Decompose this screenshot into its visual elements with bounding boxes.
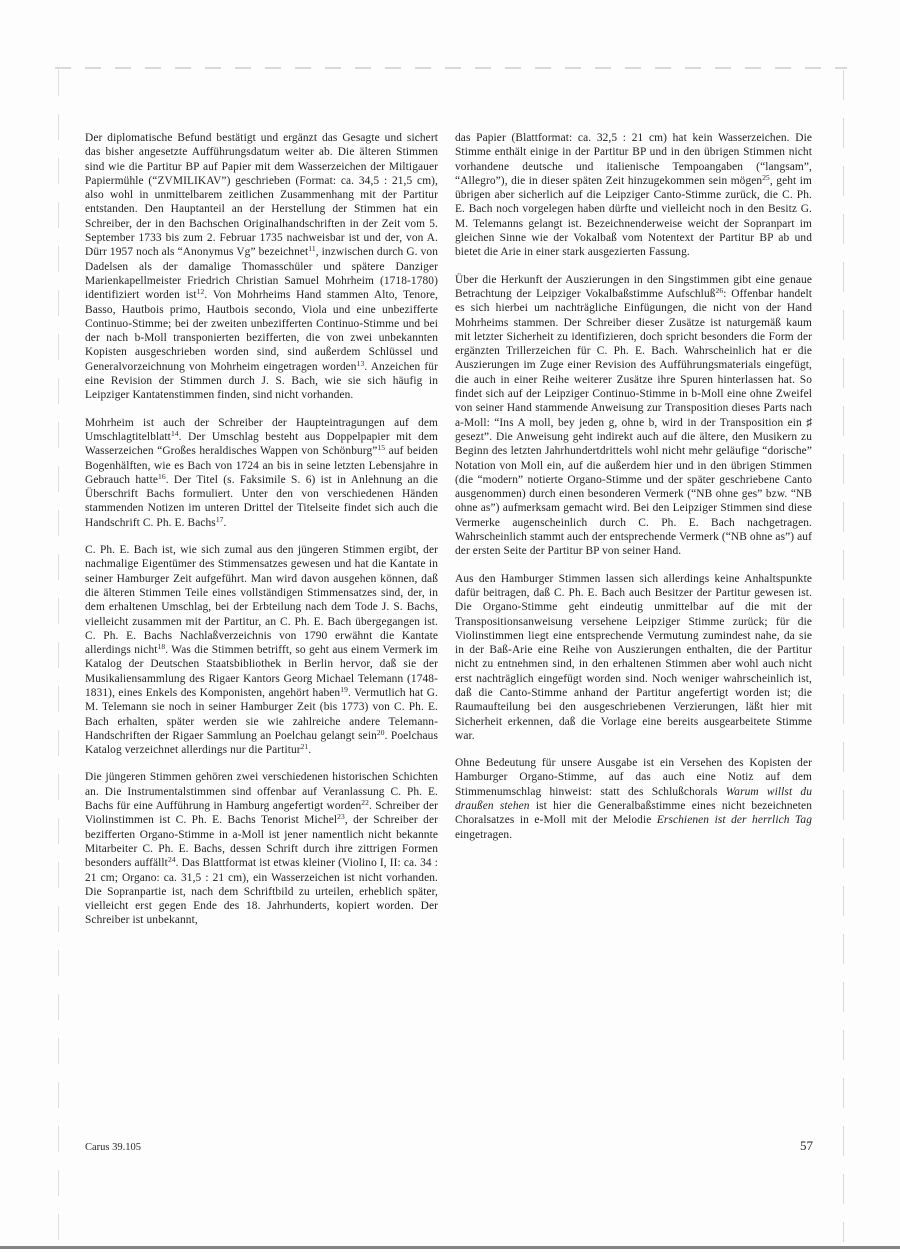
scanned-document-page: Der diplomatische Befund bestätigt und e…	[0, 0, 900, 1252]
footnote-reference: 25	[762, 173, 770, 182]
footnote-reference: 14	[171, 429, 179, 438]
paragraph: Über die Herkunft der Auszierungen in de…	[455, 273, 812, 559]
scan-edge-top-line	[55, 67, 847, 69]
scan-edge-left-line	[58, 70, 59, 1242]
text-run: Erschienen ist der herrlich Tag	[657, 814, 812, 826]
scan-edge-right-line	[843, 70, 844, 1242]
scan-edge-bottom-line	[0, 1246, 900, 1249]
footnote-reference: 17	[216, 515, 224, 524]
paragraph: Aus den Hamburger Stimmen lassen sich al…	[455, 572, 812, 744]
paragraph: Der diplomatische Befund bestätigt und e…	[85, 131, 438, 403]
footnote-reference: 20	[377, 728, 385, 737]
paragraph: Mohrheim ist auch der Schreiber der Haup…	[85, 416, 438, 530]
footnote-reference: 16	[158, 472, 166, 481]
text-run: das Papier (Blattformat: ca. 32,5 : 21 c…	[455, 132, 812, 187]
paragraph: das Papier (Blattformat: ca. 32,5 : 21 c…	[455, 131, 812, 260]
footnote-reference: 11	[308, 244, 315, 253]
page-number: 57	[770, 1138, 813, 1154]
footnote-reference: 15	[377, 443, 385, 452]
footnote-reference: 19	[340, 685, 348, 694]
text-run: .	[308, 744, 311, 756]
text-run: Aus den Hamburger Stimmen lassen sich al…	[455, 573, 812, 742]
text-run: eingetragen.	[455, 829, 512, 841]
text-column-right: das Papier (Blattformat: ca. 32,5 : 21 c…	[455, 131, 812, 842]
paragraph: Ohne Bedeutung für unsere Ausgabe ist ei…	[455, 756, 812, 842]
catalog-number: Carus 39.105	[85, 1142, 141, 1153]
footnote-reference: 22	[361, 798, 369, 807]
text-run: : Offenbar handelt es sich hierbei um na…	[455, 288, 812, 557]
text-column-left: Der diplomatische Befund bestätigt und e…	[85, 131, 438, 928]
text-run: Der diplomatische Befund bestätigt und e…	[85, 132, 438, 258]
text-run: .	[224, 517, 227, 529]
footnote-reference: 23	[337, 812, 345, 821]
paragraph: Die jüngeren Stimmen gehören zwei versch…	[85, 770, 438, 927]
text-run: , geht im übrigen aber sicherlich auf di…	[455, 175, 812, 258]
paragraph: C. Ph. E. Bach ist, wie sich zumal aus d…	[85, 543, 438, 757]
text-run: C. Ph. E. Bach ist, wie sich zumal aus d…	[85, 544, 438, 656]
footnote-reference: 24	[168, 855, 176, 864]
